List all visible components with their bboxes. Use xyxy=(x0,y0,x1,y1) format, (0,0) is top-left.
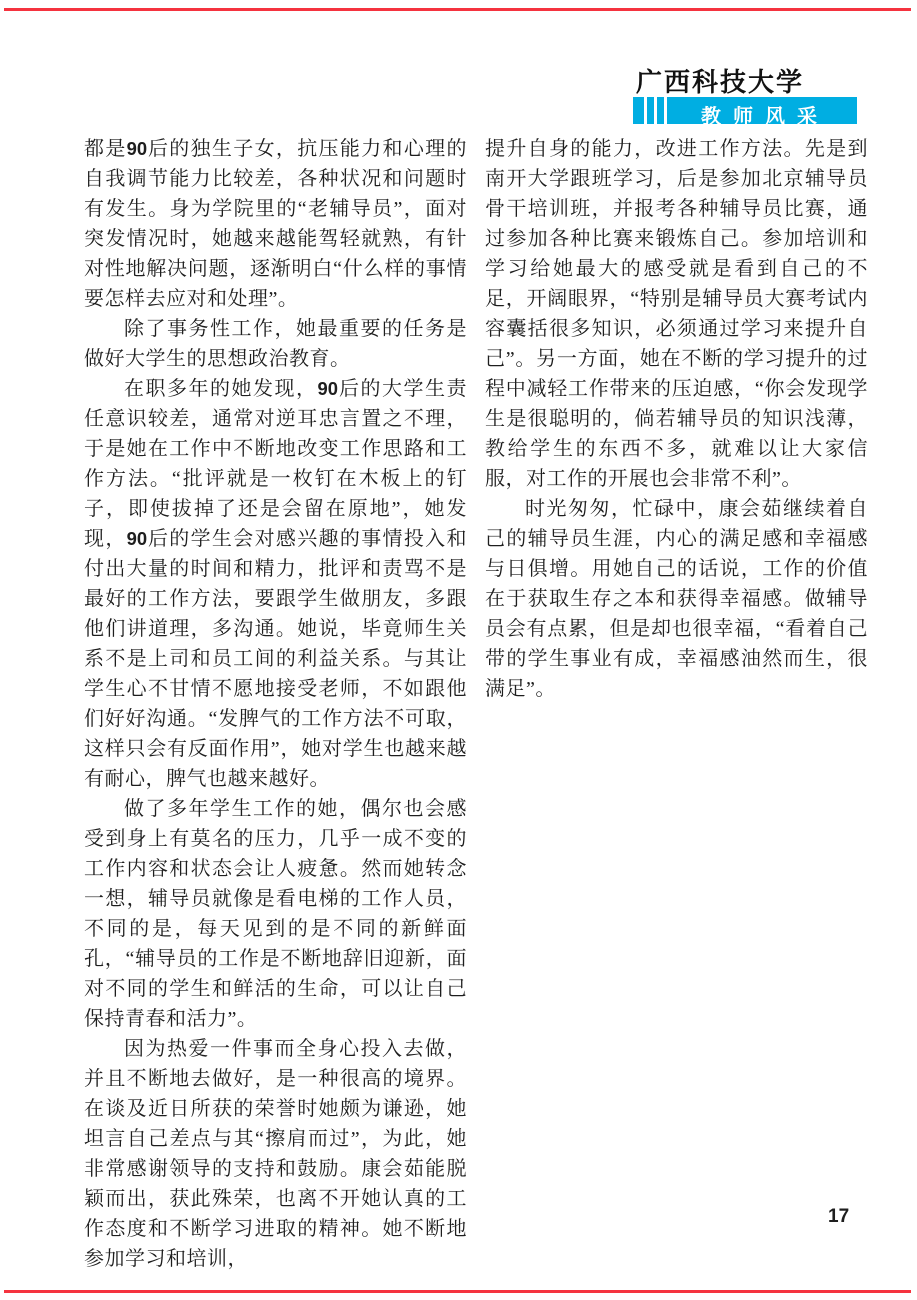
paragraph-continuation: 提升自身的能力，改进工作方法。先是到南开大学跟班学习，后是参加北京辅导员骨干培训… xyxy=(485,134,868,494)
paragraph: 因为热爱一件事而全身心投入去做，并且不断地去做好，是一种很高的境界。在谈及近日所… xyxy=(84,1034,467,1274)
section-title: 教师风采 xyxy=(701,100,829,129)
paragraph: 做了多年学生工作的她，偶尔也会感受到身上有莫名的压力，几乎一成不变的工作内容和状… xyxy=(84,794,467,1034)
banner-stripe-icon xyxy=(654,97,657,124)
left-column: 都是90后的独生子女，抗压能力和心理的自我调节能力比较差，各种状况和问题时有发生… xyxy=(84,134,467,1274)
paragraph: 时光匆匆，忙碌中，康会茹继续着自己的辅导员生涯，内心的满足感和幸福感与日俱增。用… xyxy=(485,494,868,704)
section-banner: 教师风采 xyxy=(633,97,857,124)
page-number: 17 xyxy=(828,1206,849,1228)
banner-stripe-icon xyxy=(664,97,667,124)
paragraph: 在职多年的她发现，90后的大学生责任意识较差，通常对逆耳忠言置之不理，于是她在工… xyxy=(84,374,467,794)
university-name: 广西科技大学 xyxy=(636,62,804,99)
paragraph-continuation: 都是90后的独生子女，抗压能力和心理的自我调节能力比较差，各种状况和问题时有发生… xyxy=(84,134,467,314)
article-body: 都是90后的独生子女，抗压能力和心理的自我调节能力比较差，各种状况和问题时有发生… xyxy=(84,134,868,1274)
paragraph: 除了事务性工作，她最重要的任务是做好大学生的思想政治教育。 xyxy=(84,314,467,374)
banner-stripe-icon xyxy=(644,97,647,124)
magazine-page: 广西科技大学 教师风采 都是90后的独生子女，抗压能力和心理的自我调节能力比较差… xyxy=(0,0,917,1300)
right-column: 提升自身的能力，改进工作方法。先是到南开大学跟班学习，后是参加北京辅导员骨干培训… xyxy=(485,134,868,1274)
top-trim-line xyxy=(4,8,911,11)
bottom-trim-line xyxy=(4,1290,911,1293)
